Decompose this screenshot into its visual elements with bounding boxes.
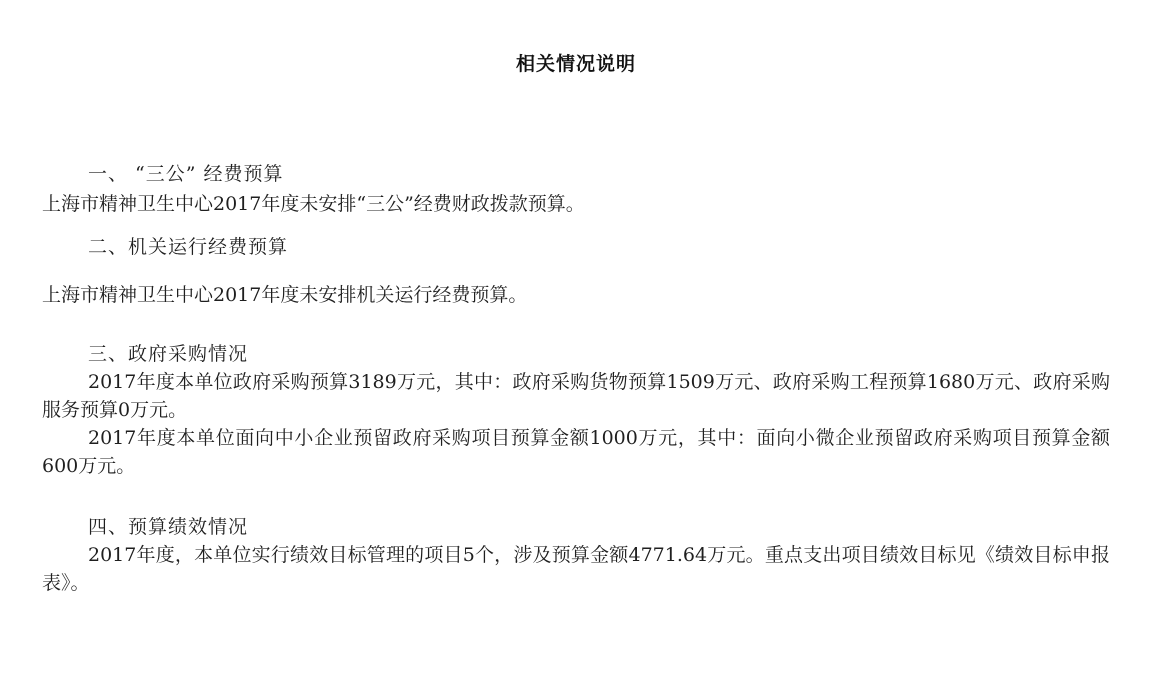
section-3-paragraph-2: 2017年度本单位面向中小企业预留政府采购项目预算金额1000万元，其中：面向小… <box>42 424 1110 480</box>
section-1-paragraph: 上海市精神卫生中心2017年度未安排“三公”经费财政拨款预算。 <box>42 190 1110 218</box>
section-3-paragraph-1: 2017年度本单位政府采购预算3189万元，其中：政府采购货物预算1509万元、… <box>42 368 1110 424</box>
section-1-heading: 一、 “三公” 经费预算 <box>88 160 1110 188</box>
section-2-heading: 二、机关运行经费预算 <box>88 233 1110 261</box>
section-3-heading: 三、政府采购情况 <box>88 340 1110 368</box>
section-2-paragraph: 上海市精神卫生中心2017年度未安排机关运行经费预算。 <box>42 281 1110 309</box>
page-title: 相关情况说明 <box>42 53 1110 75</box>
document-page: 相关情况说明 一、 “三公” 经费预算 上海市精神卫生中心2017年度未安排“三… <box>0 0 1154 683</box>
section-4-heading: 四、预算绩效情况 <box>88 513 1110 541</box>
section-4-paragraph: 2017年度，本单位实行绩效目标管理的项目5个，涉及预算金额4771.64万元。… <box>42 541 1110 597</box>
